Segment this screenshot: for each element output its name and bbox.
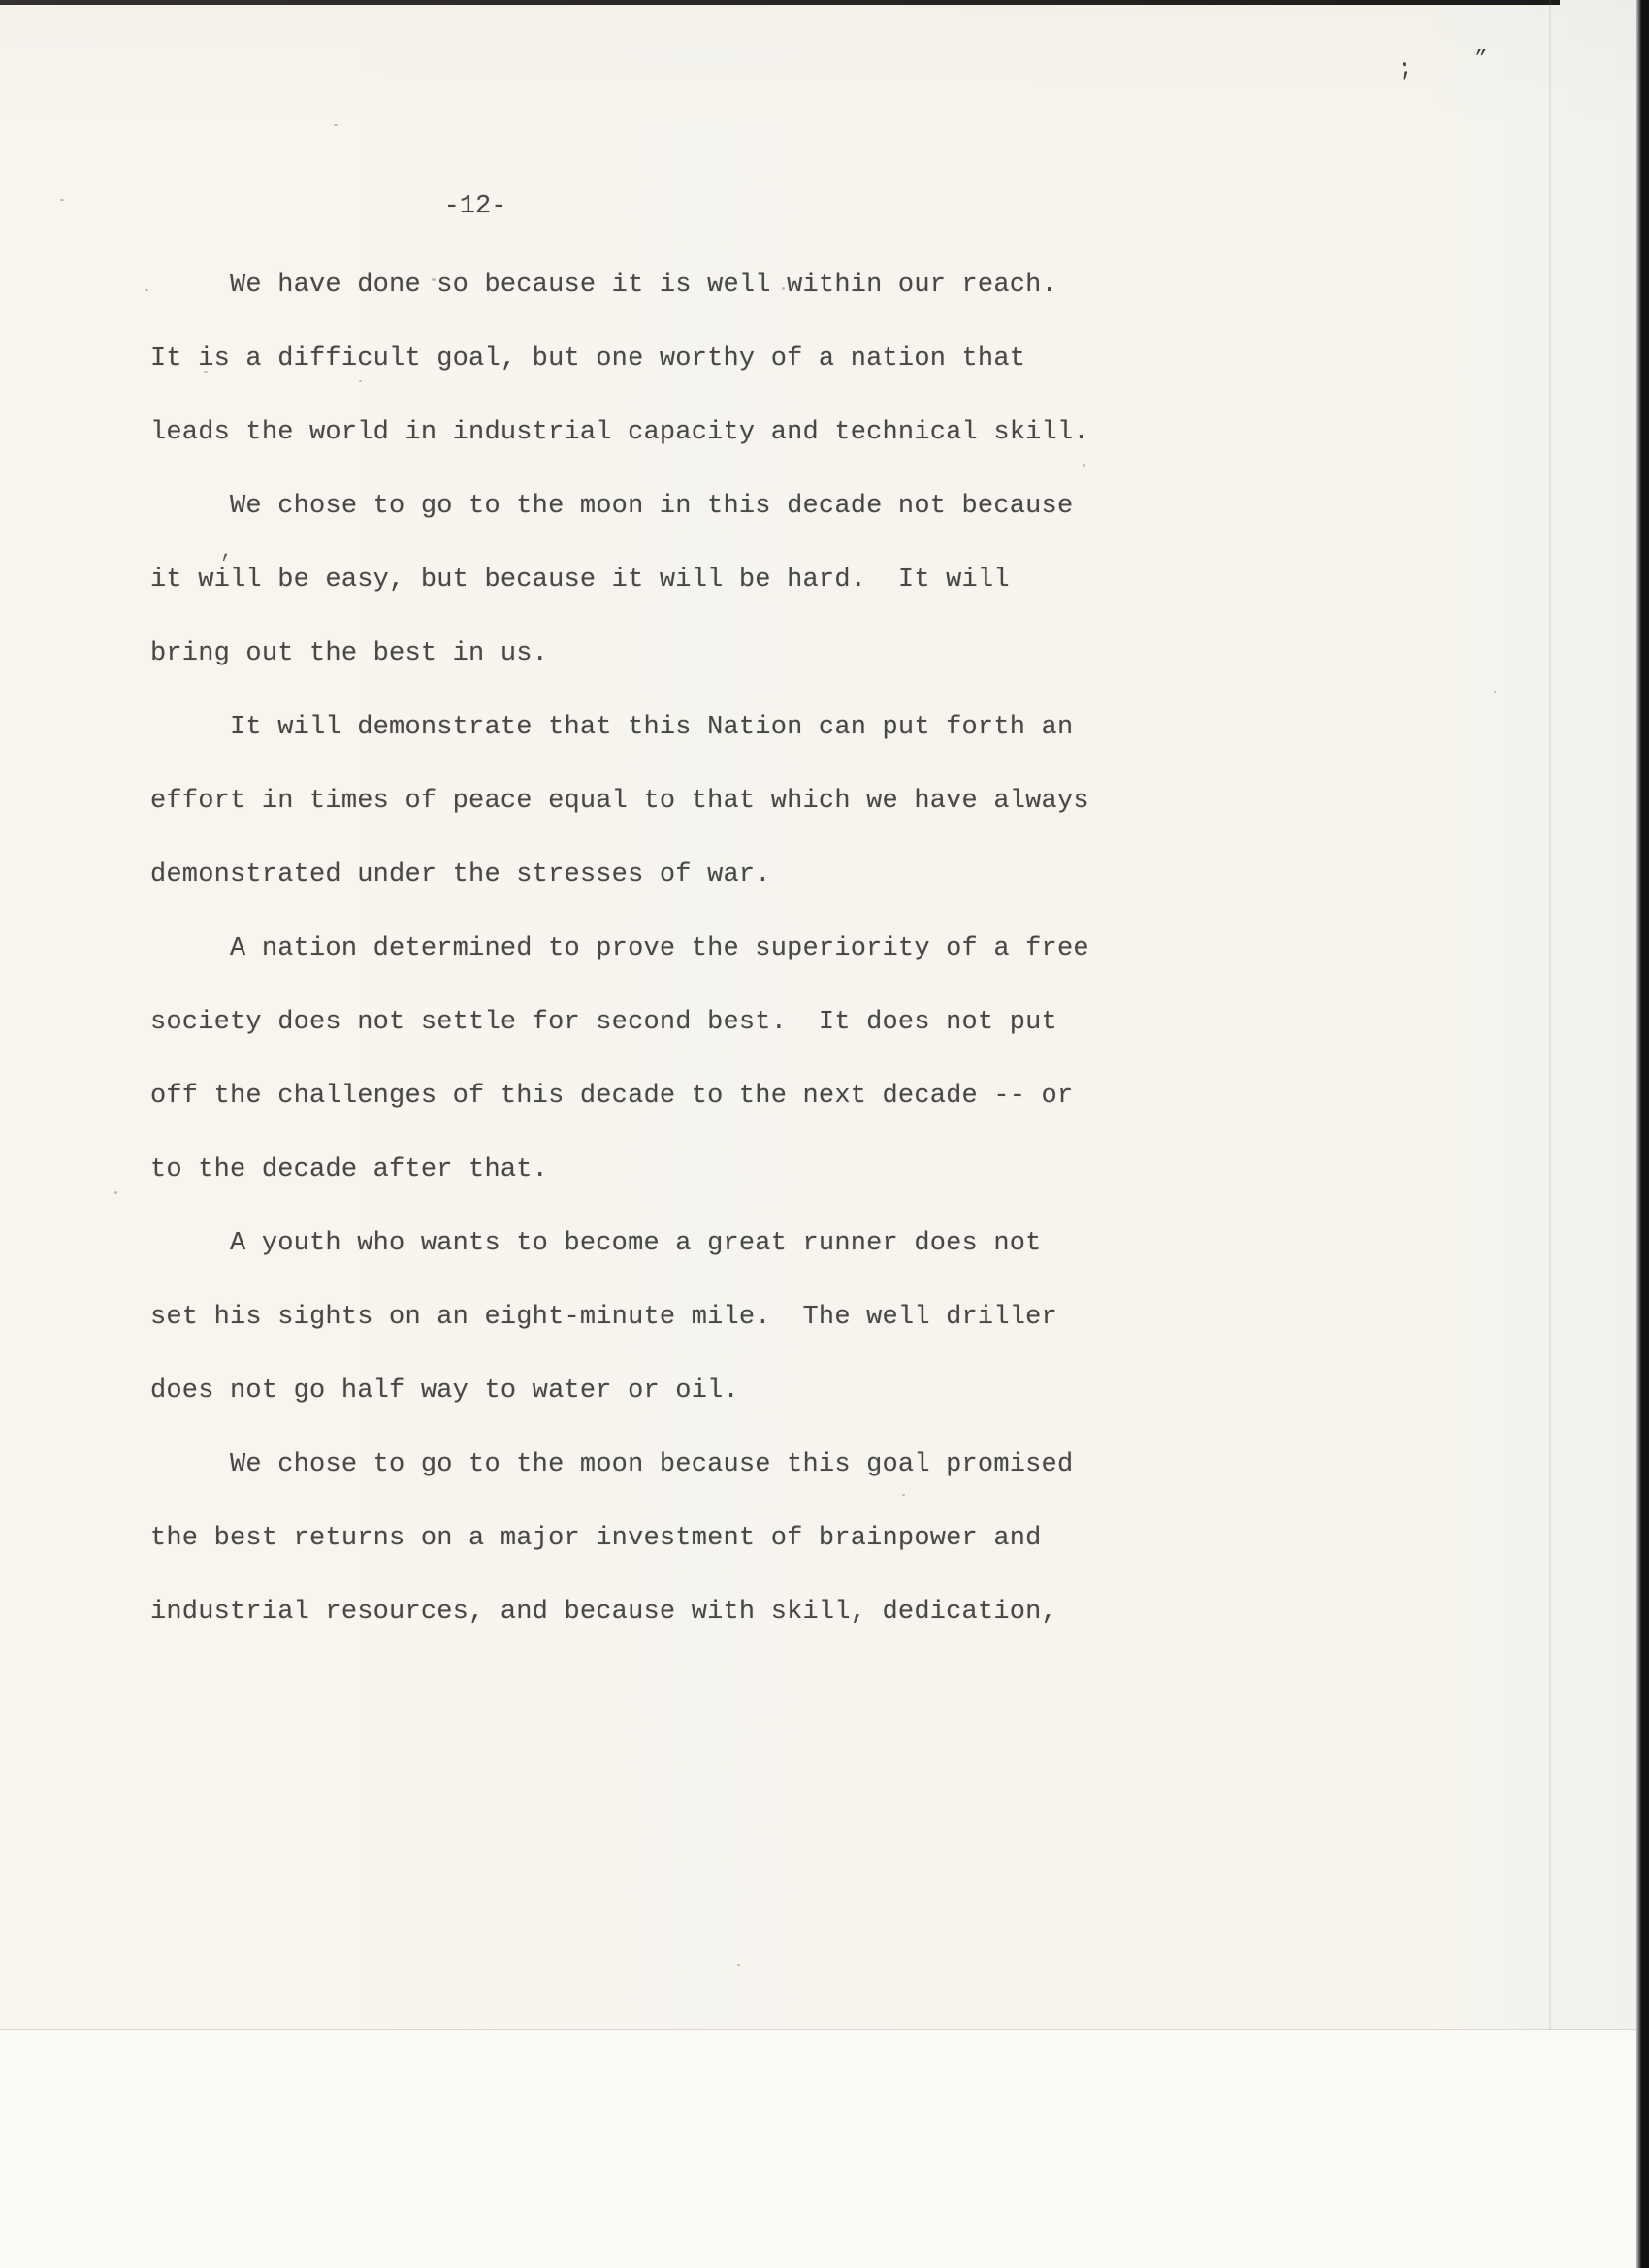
- scan-bottom-band: [0, 2030, 1636, 2268]
- paper-speck: [359, 380, 362, 382]
- scan-top-edge: [0, 0, 1560, 5]
- paper-speck: [334, 124, 338, 126]
- paper-speck: [204, 371, 208, 373]
- paper-speck: [737, 1964, 740, 1966]
- paper-speck: [782, 287, 785, 290]
- stray-ink-mark: ”: [1473, 49, 1487, 72]
- paper-speck: [1083, 464, 1085, 467]
- typed-text-body: We have done so because it is well withi…: [150, 248, 1089, 1649]
- paper-speck: [114, 1191, 117, 1194]
- stray-ink-mark: ;: [1396, 55, 1413, 83]
- scanned-page: -12- We have done so because it is well …: [0, 0, 1649, 2268]
- paper-speck: [60, 199, 64, 201]
- page-fold-line: [1549, 0, 1551, 2268]
- paper-speck: [145, 289, 148, 291]
- page-number: -12-: [441, 192, 509, 221]
- paper-speck: [432, 278, 436, 281]
- paper-speck: [902, 1494, 905, 1496]
- scan-right-edge: [1636, 0, 1649, 2268]
- stray-ink-mark: ,: [220, 539, 233, 564]
- paper-speck: [1494, 691, 1496, 693]
